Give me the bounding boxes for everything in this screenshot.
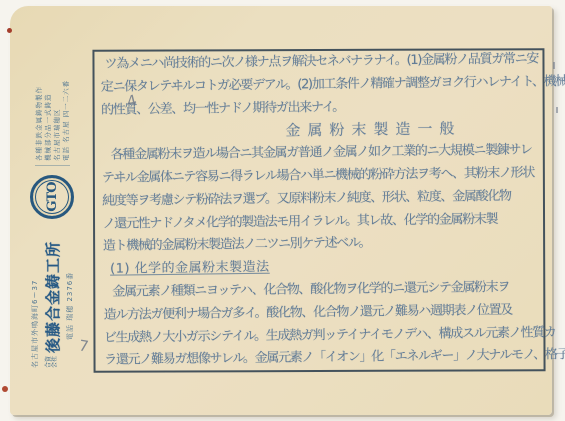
document-text: ツ為メニハ尚技術的ニ次ノ様ナ点ヲ解決セネバナラナイ。(1)金属粉ノ品質ガ常ニ安 … — [100, 48, 550, 373]
scan-background: 名古屋市外鳴海町6ー37 合資 会社 後藤合金鋳工所 電話 瑞穂 2376番 G… — [0, 0, 565, 421]
company-address: 名古屋市外鳴海町6ー37 — [30, 228, 40, 368]
stamp-line: 名古屋市瑞穂区 — [53, 48, 61, 161]
company-prefix-line2: 会社 — [52, 356, 59, 368]
company-name-line: 合資 会社 後藤合金鋳工所 — [42, 228, 63, 368]
company-name: 後藤合金鋳工所 — [42, 241, 63, 353]
company-block: 名古屋市外鳴海町6ー37 合資 会社 後藤合金鋳工所 電話 瑞穂 2376番 — [30, 228, 75, 368]
section-line: ラ還元ノ難易ガ想像サレル。金属元素ノ「イオン」化「エネルギー」ノ大ナルモノ、格子 — [104, 345, 550, 373]
letterhead-sidebar: 名古屋市外鳴海町6ー37 合資 会社 後藤合金鋳工所 電話 瑞穂 2376番 G… — [16, 48, 88, 368]
red-speck-top — [7, 28, 12, 33]
logo-letters: GTO — [45, 182, 60, 211]
letterhead-stamp-text: 各種非鉄金属鋳物製作 機械部分品一式鋳造 名古屋市瑞穂区 電話 名古屋 四一二六… — [35, 48, 70, 166]
stamp-line: 機械部分品一式鋳造 — [44, 48, 52, 161]
stamp-line: 各種非鉄金属鋳物製作 — [35, 48, 43, 161]
stamp-line: 電話 名古屋 四一二六番 — [62, 48, 70, 161]
pencil-tick — [553, 62, 555, 69]
red-speck-bottom — [2, 386, 8, 392]
gto-monogram-seal-icon: GTO — [30, 175, 74, 219]
company-phone: 電話 瑞穂 2376番 — [65, 228, 75, 340]
pencil-tick — [556, 107, 558, 113]
document-frame: ツ為メニハ尚技術的ニ次ノ様ナ点ヲ解決セネバナラナイ。(1)金属粉ノ品質ガ常ニ安 … — [92, 48, 545, 373]
company-prefix: 合資 会社 — [46, 356, 59, 368]
